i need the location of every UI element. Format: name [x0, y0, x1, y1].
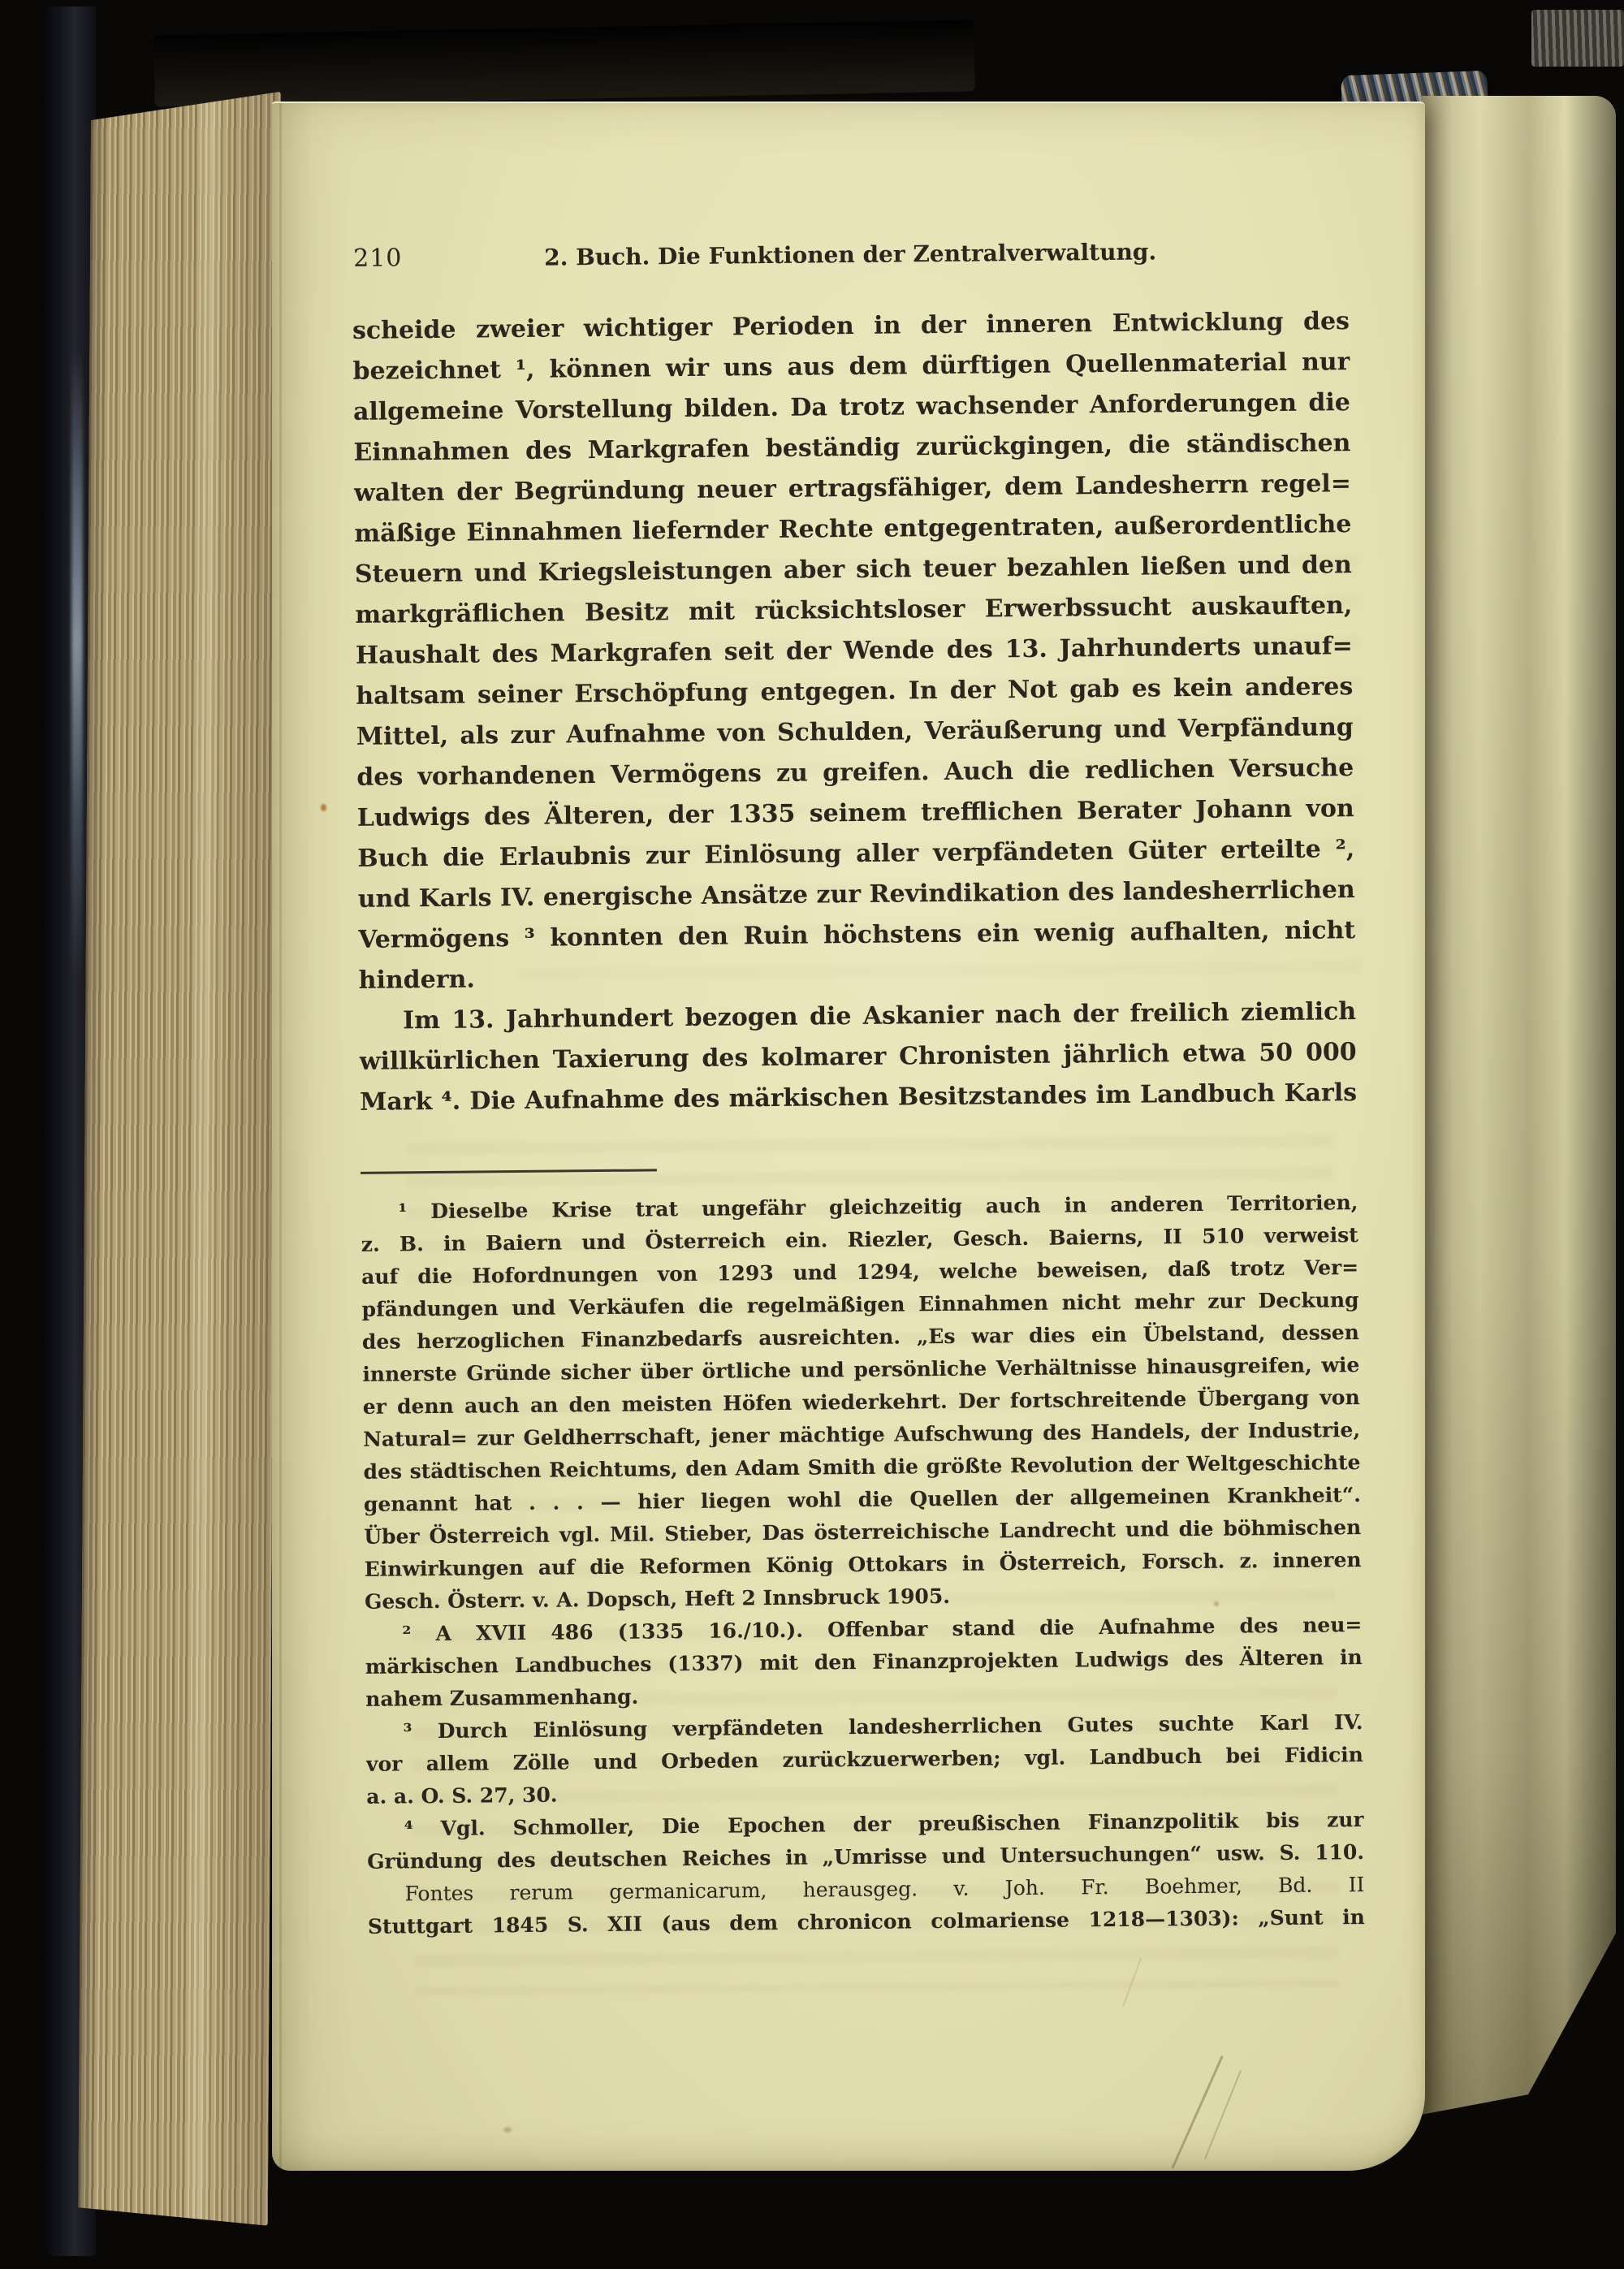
fore-edge-pages [1421, 96, 1616, 2115]
body-text: scheide zweier wichtiger Perioden in der… [352, 301, 1358, 1123]
running-header: 2. Buch. Die Funktionen der Zentralverwa… [352, 236, 1349, 273]
footnotes: ¹ Dieselbe Krise trat ungefähr gleichzei… [361, 1186, 1365, 1943]
book-page: 210 2. Buch. Die Funktionen der Zentralv… [272, 102, 1425, 2171]
body-line: Mark ⁴. Die Aufnahme des märkischen Besi… [360, 1073, 1357, 1123]
page-content: 210 2. Buch. Die Funktionen der Zentralv… [350, 102, 1367, 2171]
book-photograph: 210 2. Buch. Die Funktionen der Zentralv… [0, 0, 1624, 2269]
spine-ribbing [1531, 10, 1624, 67]
page-edge-stack [78, 90, 281, 2225]
cover-highlight [71, 349, 83, 983]
footnote-rule [361, 1169, 657, 1174]
foxing-spot [321, 804, 326, 811]
